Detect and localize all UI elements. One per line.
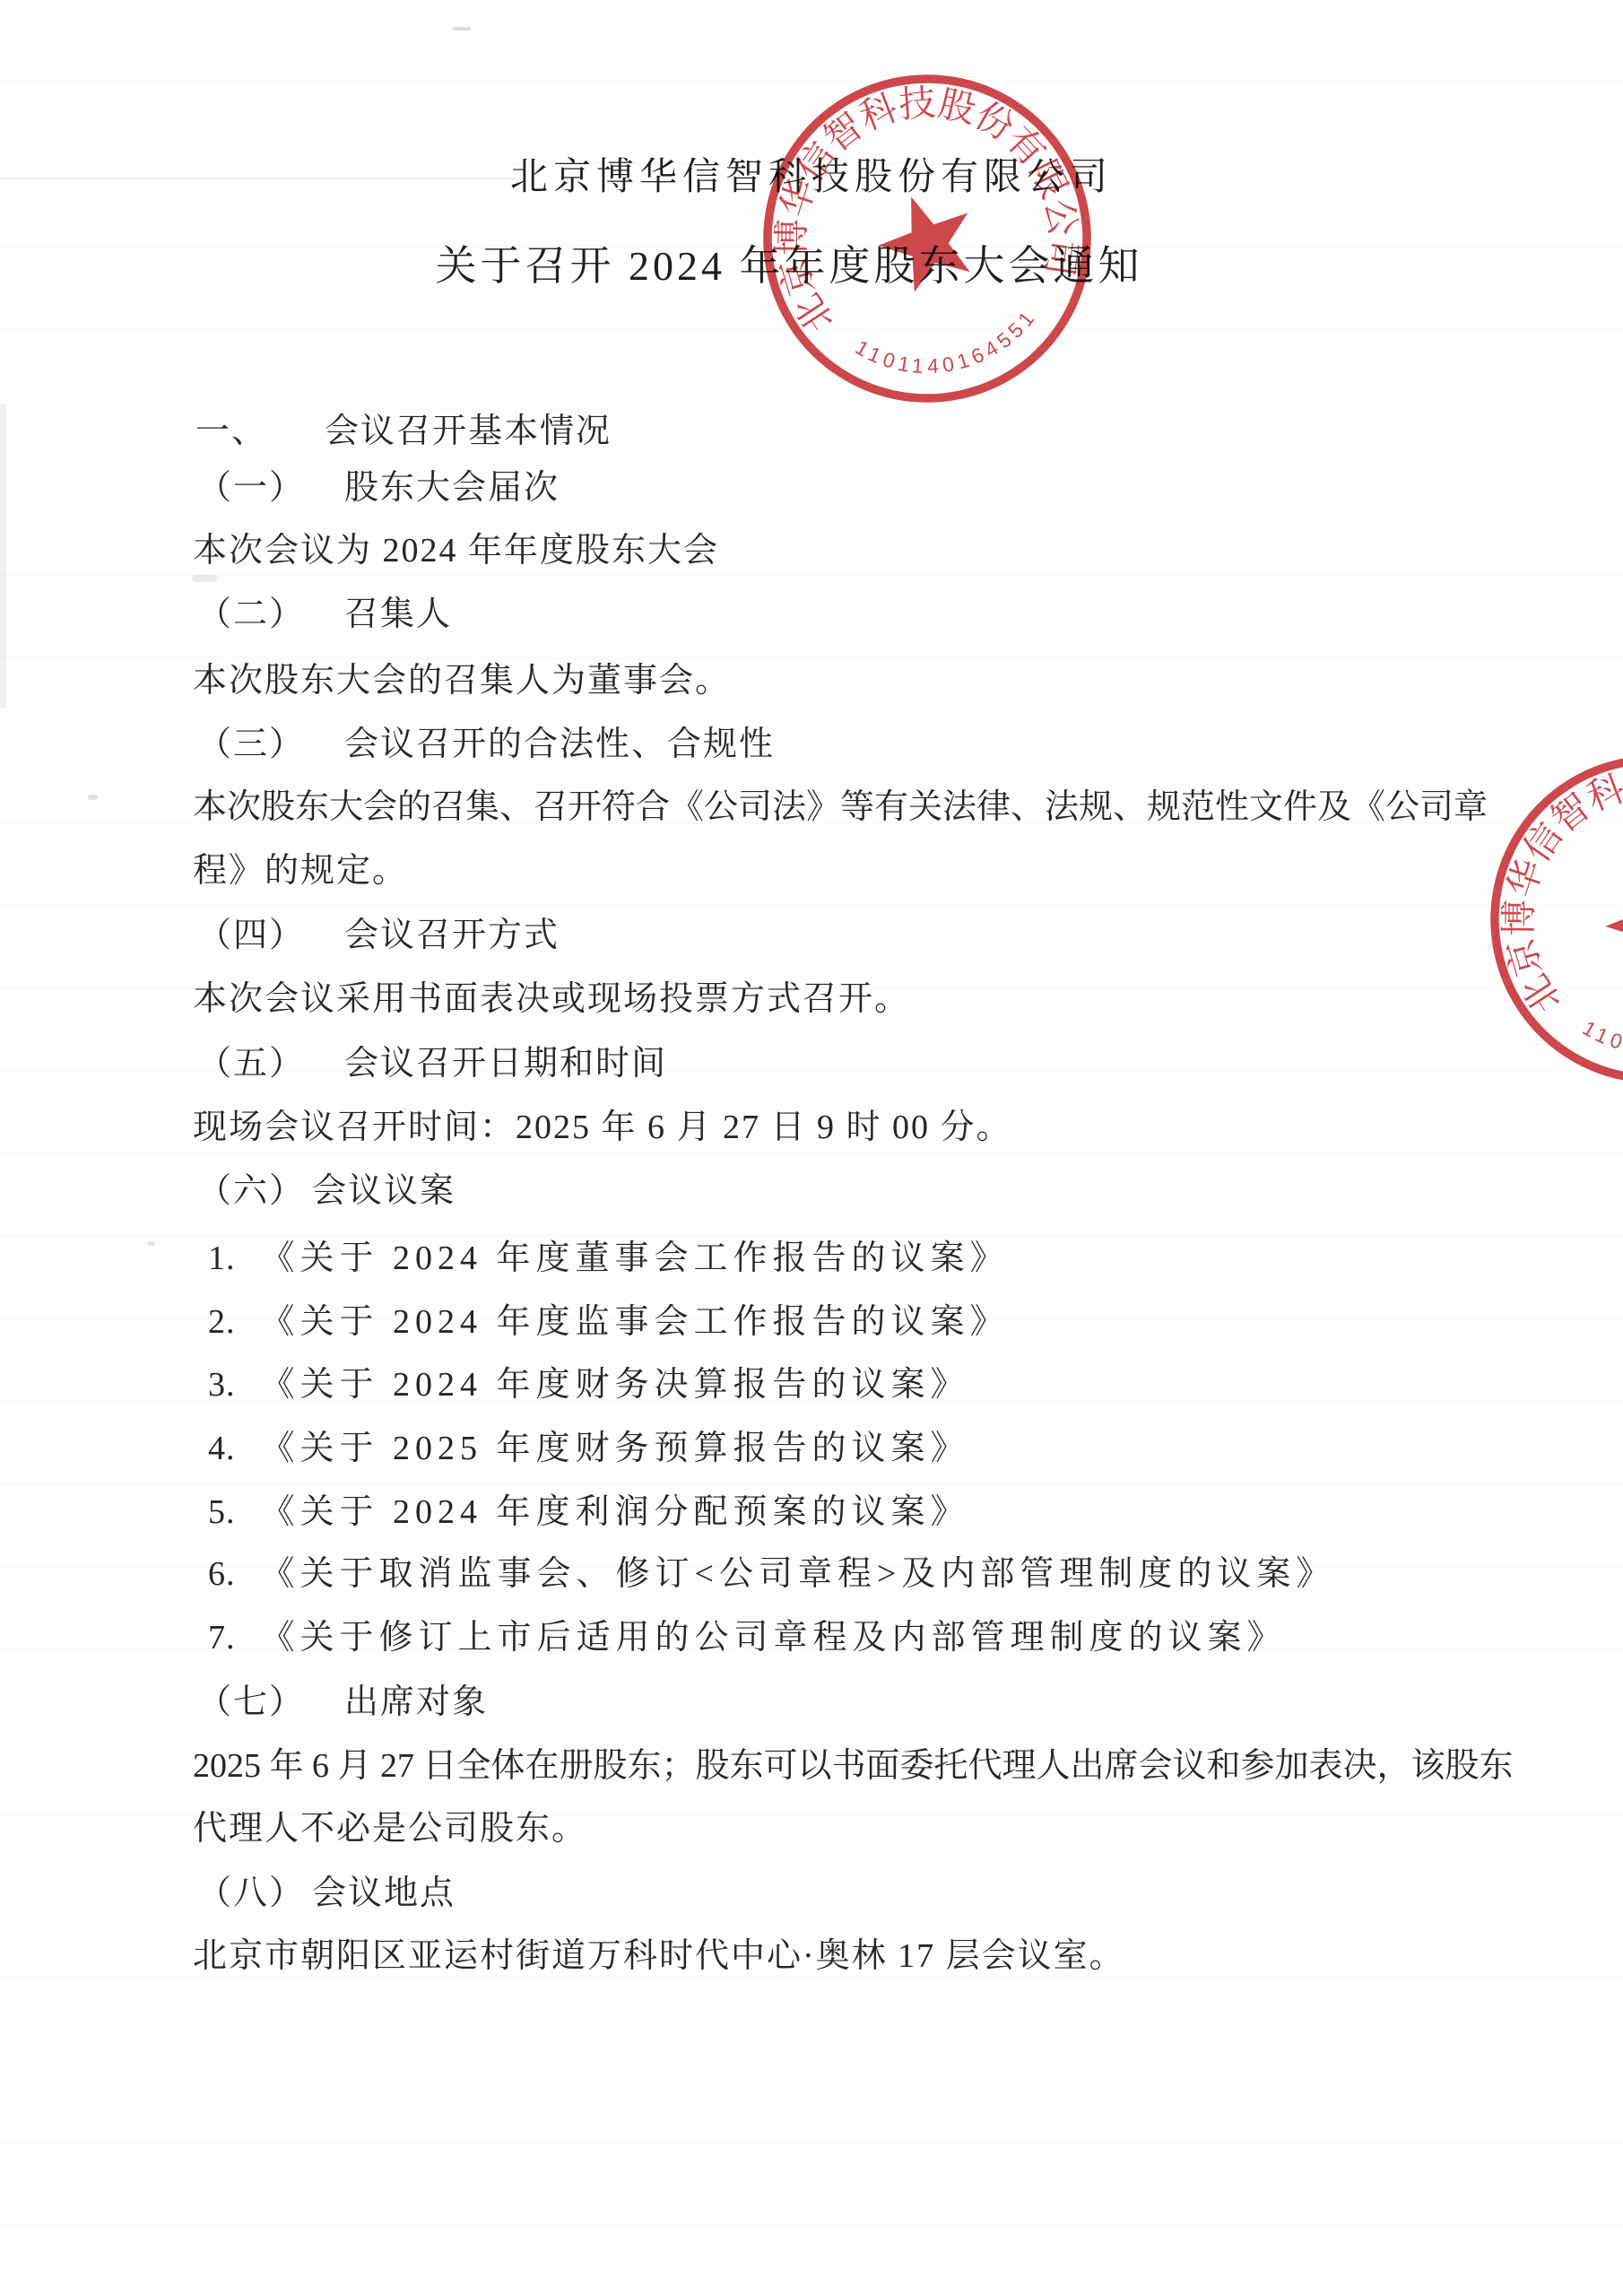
agenda-item: 6.《关于取消监事会、修订<公司章程>及内部管理制度的议案》 xyxy=(208,1553,1335,1596)
paragraph-line: 本次会议采用书面表决或现场投票方式召开。 xyxy=(193,978,910,1022)
section-number: （六） xyxy=(197,1170,305,1213)
scan-speck xyxy=(453,27,471,30)
scan-speck xyxy=(88,795,98,800)
paragraph-text: 本次会议为 2024 年年度股东大会 xyxy=(193,532,719,570)
agenda-item-number: 7. xyxy=(208,1617,236,1660)
paragraph-text: 北京市朝阳区亚运村街道万科时代中心·奥林 17 层会议室。 xyxy=(193,1937,1125,1975)
company-seal-svg: 北京博华信智科技股份有限公司 1101140164551 xyxy=(748,59,1107,418)
paragraph-text: 现场会议召开时间：2025 年 6 月 27 日 9 时 00 分。 xyxy=(193,1109,1012,1146)
section-number: （三） xyxy=(197,724,305,767)
agenda-item: 2.《关于 2024 年度监事会工作报告的议案》 xyxy=(208,1301,1010,1344)
agenda-item-text: 《关于修订上市后适用的公司章程及内部管理制度的议案》 xyxy=(261,1619,1287,1657)
company-seal-partial: 北京博华信智科技股份有限公司 1101140164551 xyxy=(1475,740,1623,1103)
agenda-item-number: 4. xyxy=(208,1428,236,1471)
agenda-item: 4.《关于 2025 年度财务预算报告的议案》 xyxy=(208,1428,970,1471)
agenda-item-text: 《关于 2024 年度财务决算报告的议案》 xyxy=(261,1366,970,1404)
section-heading: （一）股东大会届次 xyxy=(197,467,560,510)
agenda-item-number: 6. xyxy=(208,1553,236,1596)
paragraph-line: 本次股东大会的召集人为董事会。 xyxy=(193,660,731,703)
seal-star-icon xyxy=(1593,861,1623,979)
agenda-item-number: 5. xyxy=(208,1492,236,1535)
section-title: 召集人 xyxy=(344,596,452,633)
scan-speck xyxy=(147,1241,155,1246)
section-heading: （二）召集人 xyxy=(197,594,452,637)
paragraph-text: 本次股东大会的召集人为董事会。 xyxy=(193,662,731,700)
section-title: 股东大会届次 xyxy=(344,469,560,507)
section-heading: （六）会议议案 xyxy=(197,1170,456,1213)
paragraph-line: 程》的规定。 xyxy=(193,850,408,893)
section-heading: （七）出席对象 xyxy=(197,1682,488,1725)
section-number: （八） xyxy=(197,1873,305,1916)
agenda-item-number: 3. xyxy=(208,1364,236,1407)
agenda-item: 5.《关于 2024 年度利润分配预案的议案》 xyxy=(208,1492,970,1535)
section-title: 会议召开基本情况 xyxy=(325,413,612,450)
paragraph-text: 本次股东大会的召集、召开符合《公司法》等有关法律、法规、规范性文件及《公司章 xyxy=(193,788,1488,826)
section-number: （二） xyxy=(197,594,305,637)
scan-streak xyxy=(0,178,516,179)
section-number: （七） xyxy=(197,1682,305,1725)
section-number: （五） xyxy=(197,1043,305,1086)
section-title: 出席对象 xyxy=(344,1683,488,1721)
paragraph-line: 现场会议召开时间：2025 年 6 月 27 日 9 时 00 分。 xyxy=(193,1107,1012,1150)
section-title: 会议地点 xyxy=(312,1874,456,1912)
section-heading: （八）会议地点 xyxy=(197,1873,456,1916)
agenda-item-text: 《关于 2024 年度监事会工作报告的议案》 xyxy=(261,1303,1010,1341)
section-heading: （四）会议召开方式 xyxy=(197,915,560,958)
section-title: 会议召开的合法性、合规性 xyxy=(344,726,775,763)
section-number: 一、 xyxy=(195,411,267,454)
section-title: 会议议案 xyxy=(312,1172,456,1210)
agenda-item-text: 《关于 2025 年度财务预算报告的议案》 xyxy=(261,1430,970,1467)
agenda-item-number: 1. xyxy=(208,1238,236,1281)
agenda-item-text: 《关于取消监事会、修订<公司章程>及内部管理制度的议案》 xyxy=(261,1555,1336,1593)
company-seal: 北京博华信智科技股份有限公司 1101140164551 xyxy=(748,59,1107,422)
seal-star-icon xyxy=(866,180,987,299)
agenda-item: 3.《关于 2024 年度财务决算报告的议案》 xyxy=(208,1364,970,1407)
paragraph-line: 本次会议为 2024 年年度股东大会 xyxy=(193,530,719,573)
paragraph-line: 本次股东大会的召集、召开符合《公司法》等有关法律、法规、规范性文件及《公司章 xyxy=(193,787,1488,830)
paragraph-line: 北京市朝阳区亚运村街道万科时代中心·奥林 17 层会议室。 xyxy=(193,1935,1125,1979)
paragraph-text: 程》的规定。 xyxy=(193,852,408,890)
paragraph-line: 代理人不必是公司股东。 xyxy=(193,1808,587,1851)
section-number: （一） xyxy=(197,467,305,510)
seal-company-name: 北京博华信智科技股份有限公司 xyxy=(748,59,1096,344)
agenda-item: 7.《关于修订上市后适用的公司章程及内部管理制度的议案》 xyxy=(208,1617,1287,1660)
paragraph-line: 2025 年 6 月 27 日全体在册股东；股东可以书面委托代理人出席会议和参加… xyxy=(193,1745,1514,1788)
agenda-item-text: 《关于 2024 年度董事会工作报告的议案》 xyxy=(261,1239,1010,1277)
scanned-document-page: 北京博华信智科技股份有限公司 关于召开 2024 年年度股东大会通知 一、会议召… xyxy=(0,0,1623,2296)
paragraph-text: 2025 年 6 月 27 日全体在册股东；股东可以书面委托代理人出席会议和参加… xyxy=(193,1747,1514,1785)
section-title: 会议召开日期和时间 xyxy=(344,1045,667,1083)
seal-serial-number: 1101140164551 xyxy=(848,299,1047,396)
section-heading: （五）会议召开日期和时间 xyxy=(197,1043,667,1086)
scan-speck xyxy=(192,575,217,582)
paragraph-text: 本次会议采用书面表决或现场投票方式召开。 xyxy=(193,980,910,1018)
agenda-item-number: 2. xyxy=(208,1301,236,1344)
section-heading: 一、会议召开基本情况 xyxy=(195,411,612,454)
section-number: （四） xyxy=(197,915,305,958)
company-seal-partial-svg: 北京博华信智科技股份有限公司 1101140164551 xyxy=(1475,740,1623,1099)
agenda-item: 1.《关于 2024 年度董事会工作报告的议案》 xyxy=(208,1238,1010,1281)
paragraph-text: 代理人不必是公司股东。 xyxy=(193,1810,587,1848)
section-title: 会议召开方式 xyxy=(344,917,560,954)
section-heading: （三）会议召开的合法性、合规性 xyxy=(197,724,775,767)
agenda-item-text: 《关于 2024 年度利润分配预案的议案》 xyxy=(261,1493,970,1531)
scan-smudge xyxy=(0,404,6,709)
